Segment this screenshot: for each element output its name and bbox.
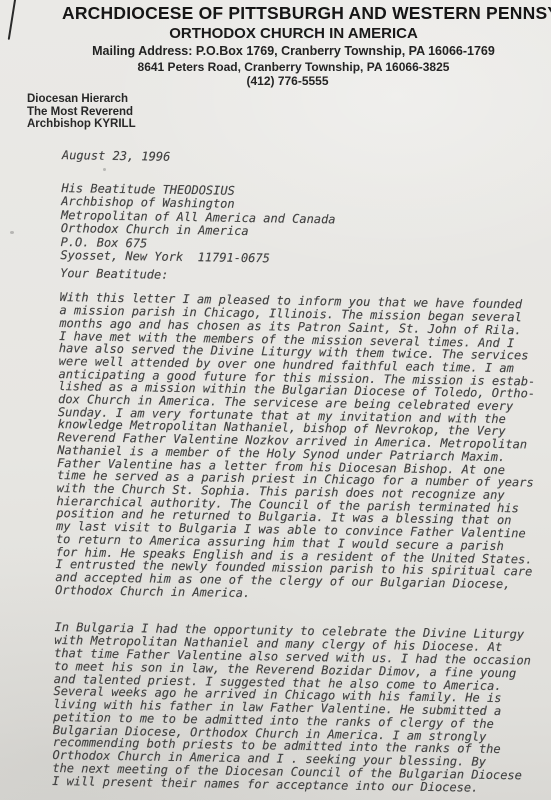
letter-paragraph-2: In Bulgaria I had the opportunity to cel…: [52, 621, 547, 795]
recipient-address-block: His Beatitude THEODOSIUS Archbishop of W…: [60, 182, 551, 270]
letter-date: August 23, 1996: [62, 149, 551, 170]
letter-body: August 23, 1996 His Beatitude THEODOSIUS…: [52, 149, 551, 795]
letter-paragraph-1: With this letter I am pleased to inform …: [55, 291, 551, 604]
scanned-letter-page: ARCHDIOCESE OF PITTSBURGH AND WESTERN PE…: [0, 0, 551, 800]
scan-smudge: [10, 231, 14, 234]
scan-artifact-line: [8, 0, 17, 40]
letterhead-mailing-address: Mailing Address: P.O.Box 1769, Cranberry…: [36, 44, 551, 58]
letterhead-organization-line1: ARCHDIOCESE OF PITTSBURGH AND WESTERN PE…: [62, 3, 551, 24]
letterhead-organization-line2: ORTHODOX CHURCH IN AMERICA: [36, 25, 551, 42]
letterhead-street-address: 8641 Peters Road, Cranberry Township, PA…: [36, 60, 551, 74]
letterhead-phone: (412) 776-5555: [30, 74, 545, 88]
letter-salutation: Your Beatitude:: [60, 267, 551, 288]
diocesan-hierarch-block: Diocesan Hierarch The Most Reverend Arch…: [27, 93, 136, 131]
